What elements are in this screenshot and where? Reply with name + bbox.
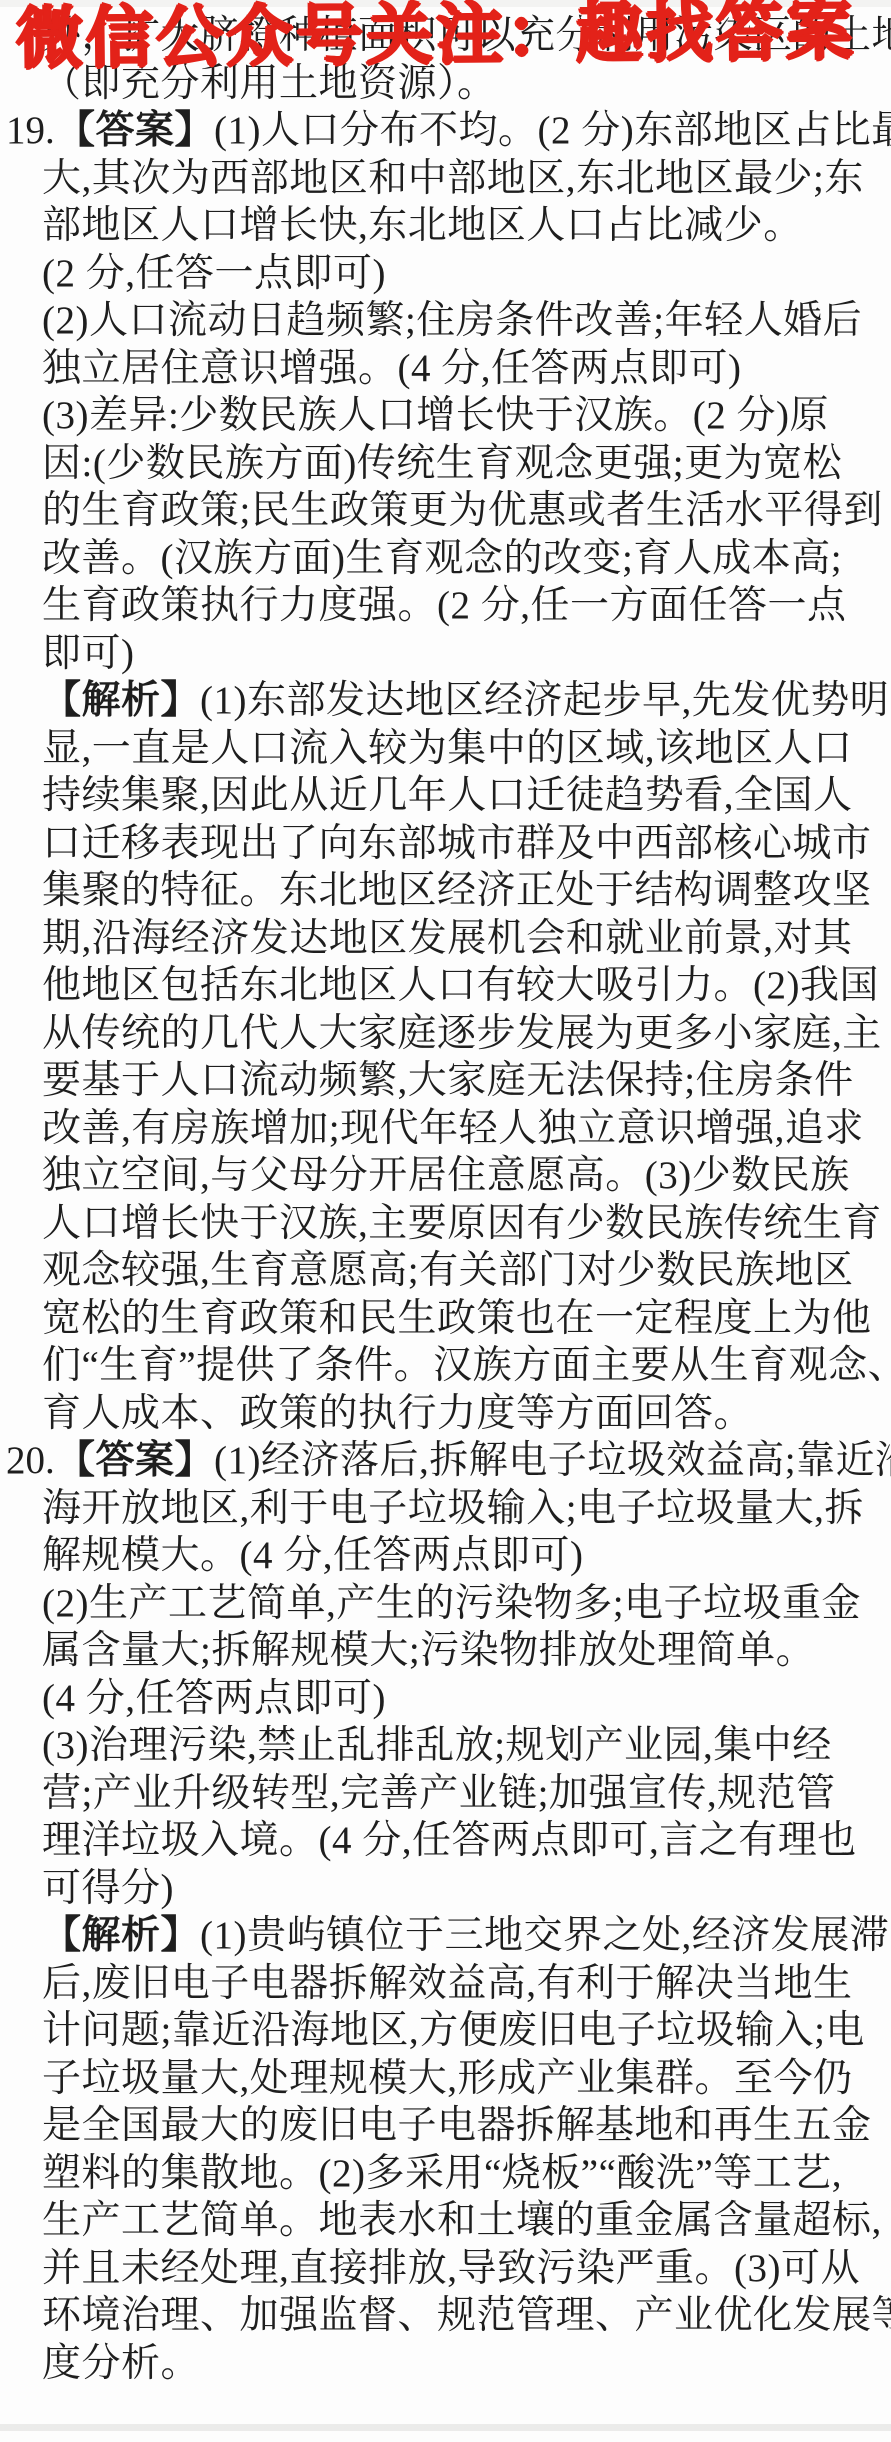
analysis-label: 【解析】 <box>42 1914 200 1957</box>
analysis-line-text: (1)贵屿镇位于三地交界之处,经济发展滞 <box>200 1914 889 1957</box>
question-number: 20. <box>6 1437 55 1485</box>
analysis-line-text: (1)东部发达地区经济起步早,先发优势明 <box>200 679 889 722</box>
text-line: 解规模大。(4 分,任答两点即可) <box>42 1532 885 1580</box>
text-line: 属含量大;拆解规模大;污染物排放处理简单。 <box>42 1627 885 1675</box>
text-line: (2)人口流动日趋频繁;住房条件改善;年轻人婚后 <box>42 297 885 345</box>
answer-label: 【答案】 <box>56 1439 214 1482</box>
text-line: 生育政策执行力度强。(2 分,任一方面任答一点 <box>42 582 885 630</box>
question-number: 19. <box>6 107 55 155</box>
text-line: 改善。(汉族方面)生育观念的改变;育人成本高; <box>42 535 885 583</box>
text-line: 显,一直是人口流入较为集中的区域,该地区人口 <box>42 725 885 773</box>
text-line: 集聚的特征。东北地区经济正处于结构调整攻坚 <box>42 867 885 915</box>
question-20-block: 20.【答案】(1)经济落后,拆解电子垃圾效益高;靠近沿 海开放地区,利于电子垃… <box>42 1437 885 2387</box>
answer-lines: 海开放地区,利于电子垃圾输入;电子垃圾量大,拆解规模大。(4 分,任答两点即可)… <box>42 1485 885 1913</box>
text-line: 要基于人口流动频繁,大家庭无法保持;住房条件 <box>42 1057 885 1105</box>
text-line: 他地区包括东北地区人口有较大吸引力。(2)我国 <box>42 962 885 1010</box>
text-line: 即可) <box>42 630 885 678</box>
text-line: 持续集聚,因此从近几年人口迁徒趋势看,全国人 <box>42 772 885 820</box>
text-line: 改善,有房族增加;现代年轻人独立意识增强,追求 <box>42 1105 885 1153</box>
text-line: 大,其次为西部地区和中部地区,东北地区最少;东 <box>42 155 885 203</box>
text-line: 是全国最大的废旧电子电器拆解基地和再生五金 <box>42 2102 885 2150</box>
text-line: 独立居住意识增强。(4 分,任答两点即可) <box>42 345 885 393</box>
watermark-text: 微信公众号关注：趣找答案 <box>16 0 857 76</box>
analysis-lines: 后,废旧电子电器拆解效益高,有利于解决当地生计问题;靠近沿海地区,方便废旧电子垃… <box>42 1960 885 2388</box>
answer-first-line: 19.【答案】(1)人口分布不均。(2 分)东部地区占比最 <box>42 107 885 155</box>
analysis-first-line: 【解析】(1)东部发达地区经济起步早,先发优势明 <box>42 677 885 725</box>
text-line: (2 分,任答一点即可) <box>42 250 885 298</box>
text-line: 环境治理、加强监督、规范管理、产业优化发展等角 <box>42 2292 885 2340</box>
text-line: 们“生育”提供了条件。汉族方面主要从生育观念、 <box>42 1342 885 1390</box>
text-line: 海开放地区,利于电子垃圾输入;电子垃圾量大,拆 <box>42 1485 885 1533</box>
text-line: 人口增长快于汉族,主要原因有少数民族传统生育 <box>42 1200 885 1248</box>
text-line: 因:(少数民族方面)传统生育观念更强;更为宽松 <box>42 440 885 488</box>
text-line: 后,废旧电子电器拆解效益高,有利于解决当地生 <box>42 1960 885 2008</box>
text-line: 独立空间,与父母分开居住意愿高。(3)少数民族 <box>42 1152 885 1200</box>
text-line: 部地区人口增长快,东北地区人口占比减少。 <box>42 202 885 250</box>
text-line: 计问题;靠近沿海地区,方便废旧电子垃圾输入;电 <box>42 2007 885 2055</box>
analysis-label: 【解析】 <box>42 679 200 722</box>
answer-first-line: 20.【答案】(1)经济落后,拆解电子垃圾效益高;靠近沿 <box>42 1437 885 1485</box>
text-line: 育人成本、政策的执行力度等方面回答。 <box>42 1390 885 1438</box>
text-line: 口迁移表现出了向东部城市群及中西部核心城市 <box>42 820 885 868</box>
text-line: 观念较强,生育意愿高;有关部门对少数民族地区 <box>42 1247 885 1295</box>
text-line: 的生育政策;民生政策更为优惠或者生活水平得到 <box>42 487 885 535</box>
scan-artifact-bottom <box>0 2424 891 2431</box>
text-line: (4 分,任答两点即可) <box>42 1675 885 1723</box>
answer-lines: 大,其次为西部地区和中部地区,东北地区最少;东部地区人口增长快,东北地区人口占比… <box>42 155 885 678</box>
answer-line-text: (1)人口分布不均。(2 分)东部地区占比最 <box>214 109 891 152</box>
analysis-first-line: 【解析】(1)贵屿镇位于三地交界之处,经济发展滞 <box>42 1912 885 1960</box>
text-line: 理洋垃圾入境。(4 分,任答两点即可,言之有理也 <box>42 1817 885 1865</box>
answer-label: 【答案】 <box>56 109 214 152</box>
text-line: 度分析。 <box>42 2340 885 2388</box>
text-line: 子垃圾量大,处理规模大,形成产业集群。至今仍 <box>42 2055 885 2103</box>
analysis-lines: 显,一直是人口流入较为集中的区域,该地区人口持续集聚,因此从近几年人口迁徒趋势看… <box>42 725 885 1438</box>
text-line: 宽松的生育政策和民生政策也在一定程度上为他 <box>42 1295 885 1343</box>
text-line: 营;产业升级转型,完善产业链;加强宣传,规范管 <box>42 1770 885 1818</box>
text-line: 塑料的集散地。(2)多采用“烧板”“酸洗”等工艺, <box>42 2150 885 2198</box>
text-line: (3)差异:少数民族人口增长快于汉族。(2 分)原 <box>42 392 885 440</box>
answer-line-text: (1)经济落后,拆解电子垃圾效益高;靠近沿 <box>214 1439 891 1482</box>
text-line: 生产工艺简单。地表水和土壤的重金属含量超标, <box>42 2197 885 2245</box>
text-line: 并且未经处理,直接排放,导致污染严重。(3)可从 <box>42 2245 885 2293</box>
question-19-block: 19.【答案】(1)人口分布不均。(2 分)东部地区占比最 大,其次为西部地区和… <box>42 107 885 1437</box>
text-line: (3)治理污染,禁止乱排乱放;规划产业园,集中经 <box>42 1722 885 1770</box>
document-page: 微信公众号关注：趣找答案 外，扩大脐橙种植面积可以充分利用污染区的土地（即充分利… <box>0 0 891 2387</box>
text-line: 从传统的几代人大家庭逐步发展为更多小家庭,主 <box>42 1010 885 1058</box>
text-line: (2)生产工艺简单,产生的污染物多;电子垃圾重金 <box>42 1580 885 1628</box>
text-line: 可得分) <box>42 1865 885 1913</box>
text-line: 期,沿海经济发达地区发展机会和就业前景,对其 <box>42 915 885 963</box>
